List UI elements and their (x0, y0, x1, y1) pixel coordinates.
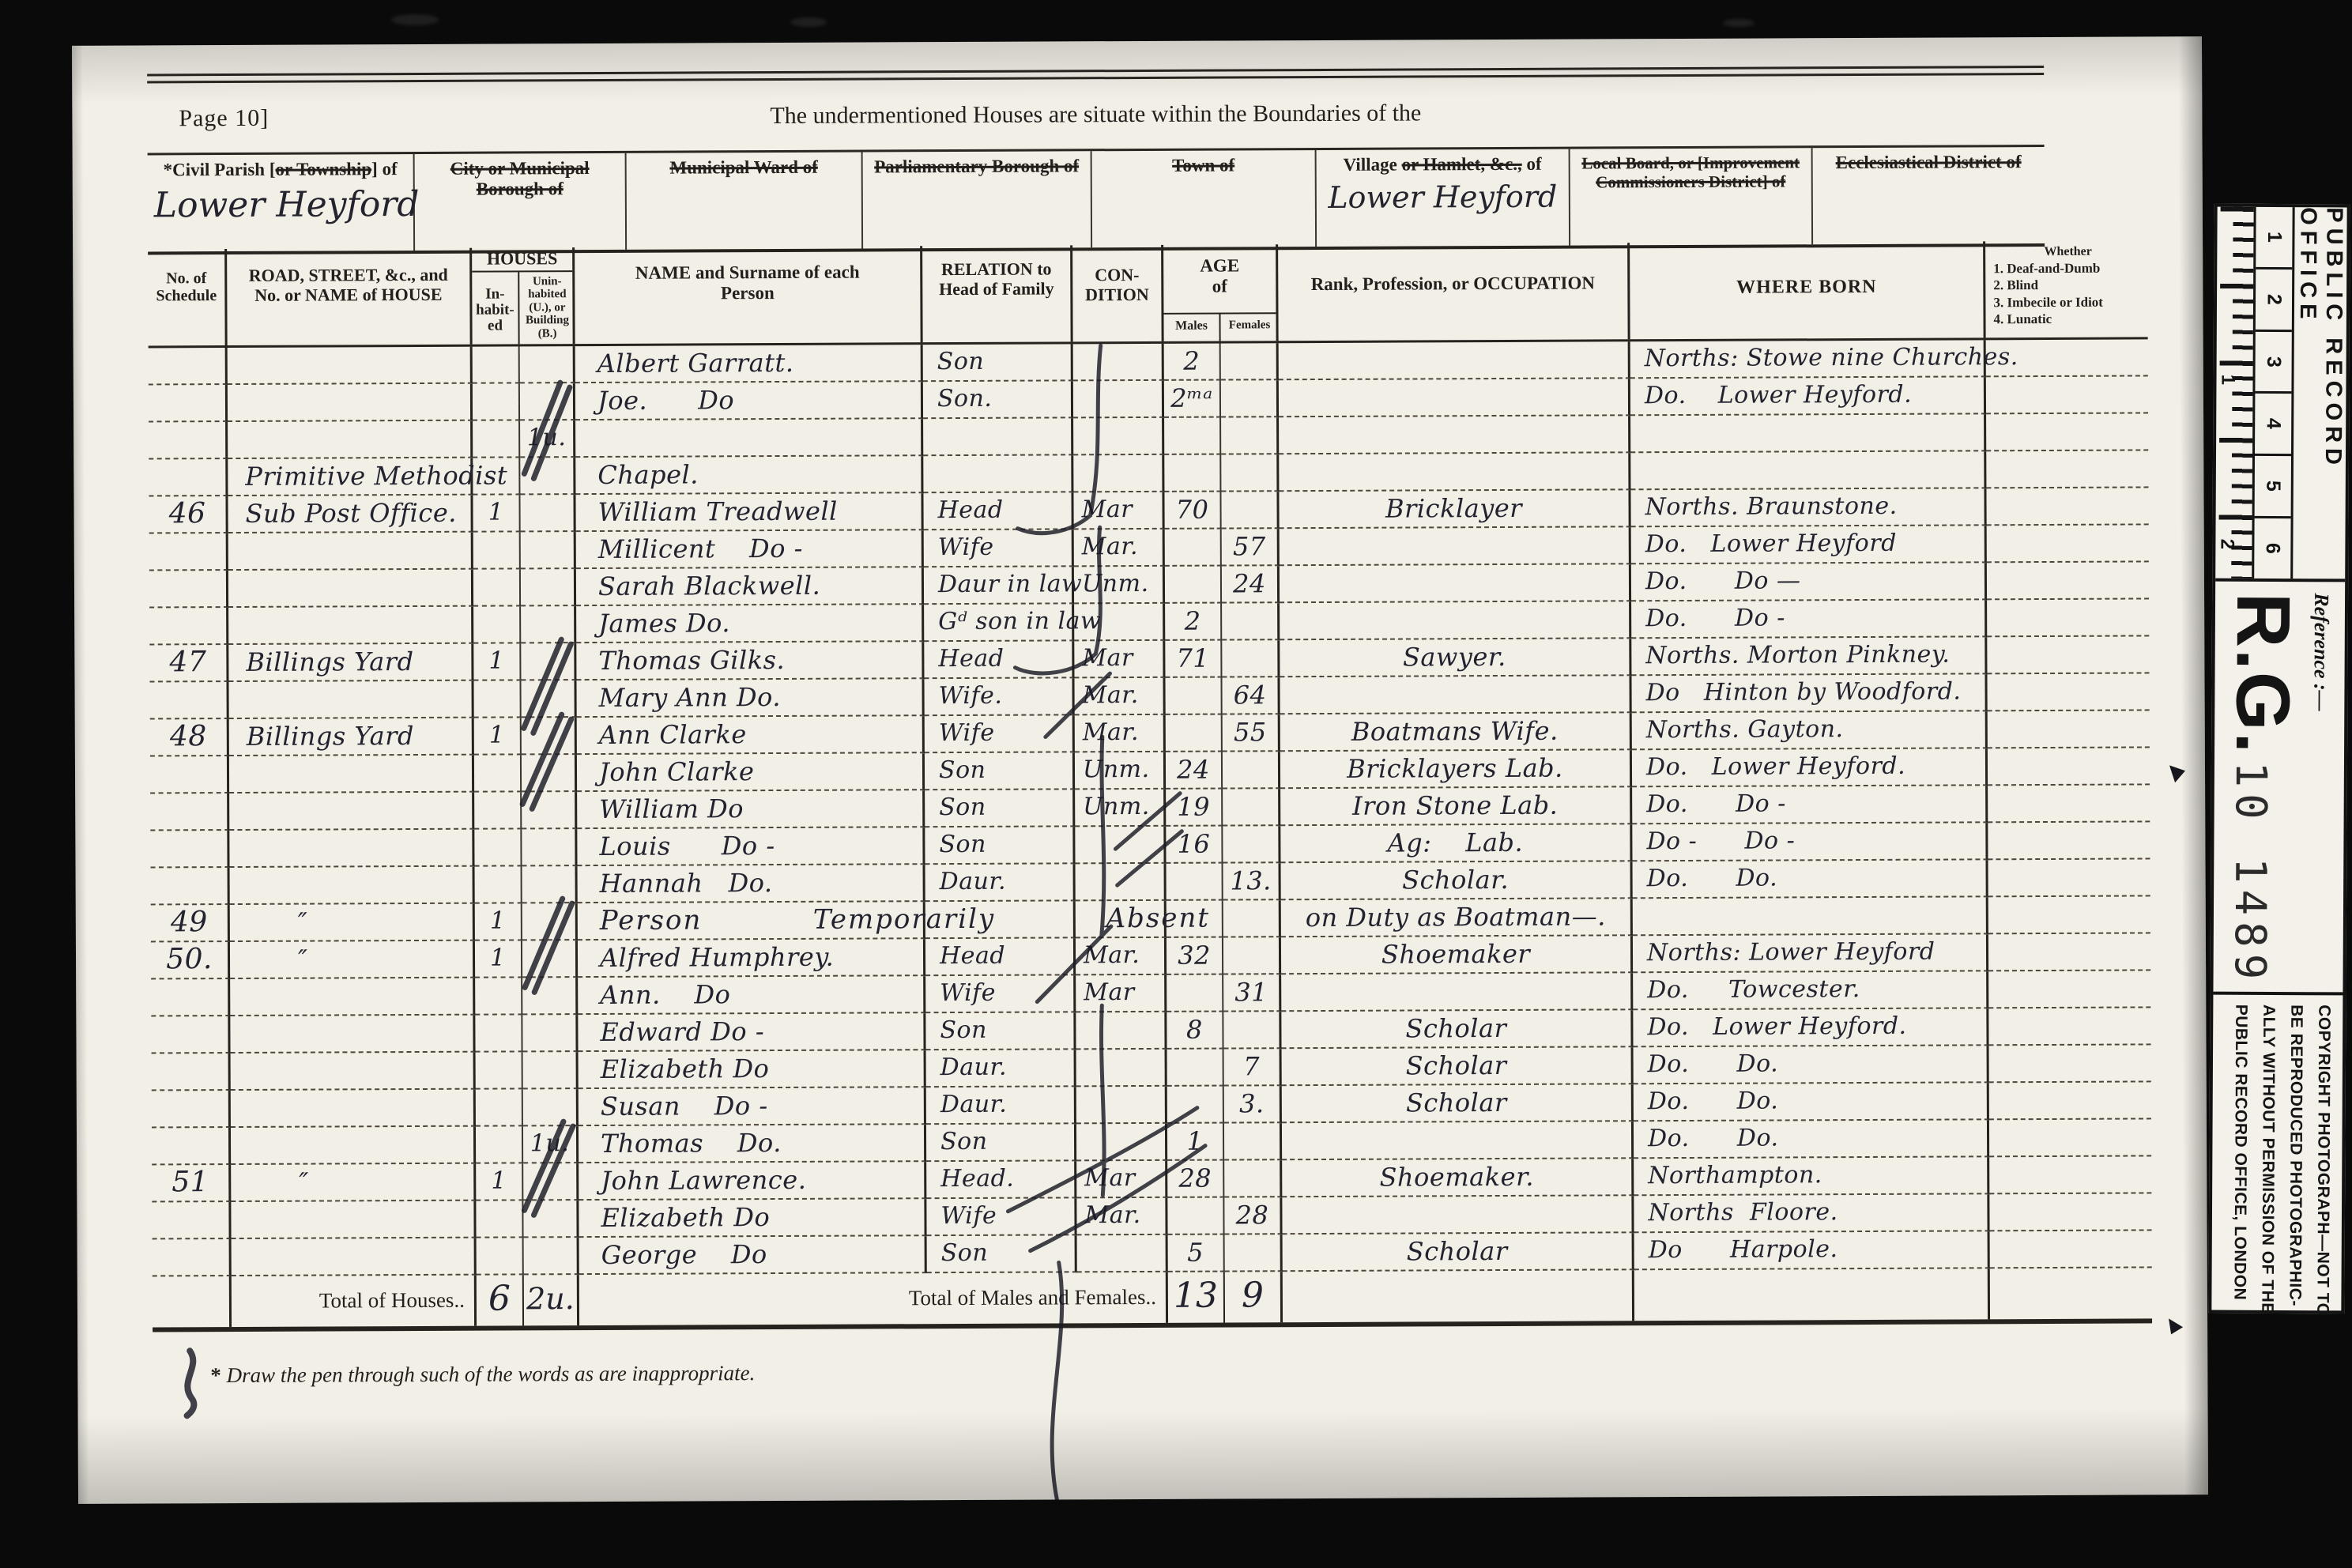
cell-disabilities (1988, 859, 2150, 897)
cell-schedule (150, 793, 229, 831)
cell-occupation (1281, 973, 1633, 1012)
col-header-where-born: WHERE BORN (1630, 241, 1986, 339)
cell-age-male (1165, 530, 1222, 567)
cell-schedule (149, 385, 228, 422)
cell-occupation (1282, 1196, 1634, 1234)
cell-road (229, 830, 474, 868)
cell-age-female (1221, 343, 1279, 380)
col-header-age: AGEof Males Females (1163, 244, 1279, 341)
cell-occupation: Boatmans Wife. (1280, 713, 1632, 752)
cell-inhabited (474, 792, 522, 829)
cell-road (230, 978, 475, 1016)
cell-road (231, 1201, 476, 1239)
cell-occupation (1279, 379, 1630, 417)
ruler-number: 1 (2216, 375, 2238, 386)
cell-born: Do Harpole. (1634, 1231, 1990, 1270)
copyright-line: BE REPRODUCED PHOTOGRAPHIC- (2281, 1004, 2310, 1316)
cell-occupation (1279, 416, 1630, 454)
cell-occupation (1280, 527, 1631, 566)
col-header-inhabited: In- habit- ed (472, 272, 519, 345)
cell-born: Do. Do - (1632, 786, 1988, 824)
scan-artifact (391, 14, 439, 25)
cell-road: ″ (230, 941, 475, 979)
cell-relation: Son. (923, 381, 1073, 419)
cell-schedule (152, 1128, 231, 1165)
col-header-males: Males (1163, 315, 1220, 341)
cell-disabilities (1986, 450, 2148, 488)
cell-occupation: Shoemaker (1281, 936, 1633, 974)
label-struck: Local Board, or [Improvement Commissione… (1581, 153, 1800, 191)
cell-uninhabited (523, 1163, 579, 1200)
totals-row: Total of Houses.. 6 2u. Total of Males a… (153, 1268, 2152, 1332)
reference-series: R.G. (2220, 593, 2305, 756)
col-header-road: ROAD, STREET, &c., and No. or NAME of HO… (227, 248, 473, 345)
cell-name: Joe. Do (575, 382, 923, 420)
label-struck: Parliamentary Borough of (874, 156, 1079, 176)
cell-age-male (1165, 678, 1222, 715)
cell-occupation: on Duty as Boatman—. (1281, 899, 1633, 937)
cell-condition: Mar. (1074, 678, 1165, 716)
cell-schedule (150, 831, 229, 868)
ruler: 1 2 (2215, 207, 2256, 579)
cell-age-male: 2 (1164, 344, 1221, 381)
cell-condition: Mar. (1075, 715, 1166, 753)
label-struck: Town of (1172, 155, 1234, 175)
stamp-copyright-section: COPYRIGHT PHOTOGRAPH—NOT TO BE REPRODUCE… (2211, 992, 2343, 1317)
cell-road (228, 421, 473, 459)
cell-schedule (149, 533, 228, 571)
cell-inhabited (473, 606, 521, 643)
cell-condition (1074, 604, 1165, 642)
label-struck: Ecclesiastical District of (1836, 152, 2022, 172)
cell-age-male: 32 (1167, 938, 1223, 975)
cell-schedule (151, 868, 230, 905)
cell-relation: Head. (926, 1161, 1076, 1199)
totals-blank (1283, 1270, 1634, 1322)
col-header-name: NAME and Surname of each Person (575, 246, 923, 344)
cell-relation: Wife (925, 715, 1075, 753)
cell-disabilities (1987, 599, 2149, 637)
cell-road (228, 607, 473, 645)
cell-inhabited: 1 (475, 903, 522, 940)
cell-born (1630, 414, 1986, 453)
cell-inhabited (476, 1126, 523, 1163)
cell-occupation (1280, 601, 1631, 640)
cell-age-female (1223, 789, 1280, 826)
label-struck: City or Municipal Borough of (450, 158, 590, 199)
cell-uninhabited (520, 346, 575, 383)
cell-uninhabited (521, 606, 576, 643)
cell-age-male (1165, 567, 1222, 604)
cell-age-female: 55 (1223, 714, 1280, 752)
cell-road (231, 1090, 476, 1128)
cell-born: Do. Do. (1634, 1083, 1989, 1121)
cell-name: Elizabeth Do (579, 1050, 926, 1089)
cell-age-female: 3. (1224, 1086, 1282, 1123)
label-post: of (1522, 154, 1542, 174)
cell-age-female: 64 (1222, 677, 1280, 714)
cell-occupation: Scholar (1283, 1233, 1634, 1272)
cell-name: William Do (577, 790, 925, 829)
cell-uninhabited (524, 1238, 579, 1275)
label-struck: or Township (275, 159, 371, 179)
cell-condition (1076, 1087, 1167, 1125)
cell-age-female (1221, 380, 1279, 417)
census-form-page: Page 10] The undermentioned Houses are s… (72, 36, 2208, 1504)
cell-name: John Lawrence. (579, 1162, 926, 1200)
cell-disabilities (1987, 673, 2149, 711)
cell-inhabited (476, 1089, 523, 1126)
cell-disabilities (1989, 1119, 2151, 1157)
cell-occupation: Scholar (1281, 1010, 1633, 1049)
cell-inhabited (473, 420, 520, 458)
cell-occupation: Iron Stone Lab. (1280, 787, 1632, 826)
cell-inhabited: 1 (475, 940, 522, 978)
cell-uninhabited (523, 1052, 579, 1089)
cell-occupation (1279, 341, 1630, 380)
cell-inhabited (473, 569, 521, 606)
cell-uninhabited (523, 1089, 579, 1126)
cell-uninhabited: 1u. (523, 1126, 579, 1163)
cell-name: Louis Do - (577, 827, 925, 866)
cell-occupation: Ag: Lab. (1280, 824, 1632, 863)
cell-relation: Son (925, 1012, 1076, 1050)
cell-road (231, 1053, 476, 1091)
disabilities-title: Whether (1993, 243, 2143, 260)
cell-age-female (1222, 603, 1280, 640)
totals-blank (1990, 1268, 2152, 1319)
footnote-asterisk: * (210, 1363, 221, 1387)
cell-name: Albert Garratt. (575, 345, 923, 383)
cell-inhabited (476, 1052, 523, 1089)
cell-disabilities (1988, 971, 2150, 1008)
cell-condition (1073, 344, 1164, 382)
cell-name: Chapel. (575, 456, 923, 495)
cell-schedule (149, 608, 228, 645)
table-body: Albert Garratt. Son 2 Norths: Stowe nine… (149, 339, 2152, 1276)
cell-road: Billings Yard (229, 718, 474, 756)
cell-inhabited (477, 1238, 524, 1275)
cell-occupation: Shoemaker. (1282, 1159, 1634, 1197)
cell-born: Do. Do - (1631, 600, 1987, 639)
cell-age-female: 7 (1224, 1049, 1282, 1086)
civil-parish-value: Lower Heyford (154, 184, 407, 225)
cell-schedule (149, 459, 228, 496)
cell-age-male (1164, 418, 1221, 455)
cell-disabilities (1989, 1193, 2151, 1231)
cell-relation: Wife (925, 975, 1076, 1013)
cell-occupation: Sawyer. (1280, 639, 1631, 677)
cell-born: Norths: Stowe nine Churches. (1630, 340, 1986, 379)
footnote-text: Draw the pen through such of the words a… (221, 1361, 756, 1387)
cell-condition (1076, 864, 1167, 902)
cell-age-female (1223, 752, 1280, 789)
total-houses-inhabited: 6 (477, 1275, 524, 1325)
cell-name: Mary Ann Do. (576, 679, 924, 718)
cell-condition: Mar (1073, 492, 1164, 530)
cell-relation: Daur in law (924, 567, 1074, 605)
disability-item: 1. Deaf-and-Dumb (1993, 259, 2143, 277)
cell-schedule: 51 (152, 1165, 231, 1202)
box-number: 5 (2255, 456, 2291, 518)
cell-born: Do. Lower Heyford (1631, 526, 1987, 564)
cell-condition: Mar (1076, 1161, 1167, 1199)
cell-disabilities (1989, 1045, 2151, 1083)
label-pre: *Civil Parish [ (164, 160, 276, 180)
field-village: Village or Hamlet, &c., of Lower Heyford (1317, 149, 1571, 247)
cell-disabilities (1988, 748, 2150, 786)
cell-relation: Son (923, 344, 1073, 382)
cell-age-male (1164, 455, 1221, 492)
cell-schedule (152, 1053, 231, 1091)
cell-born: Norths. Morton Pinkney. (1631, 637, 1987, 676)
cell-uninhabited (522, 755, 577, 792)
cell-condition: Mar (1076, 975, 1167, 1013)
cell-uninhabited (521, 643, 576, 680)
cell-age-male (1167, 864, 1223, 901)
total-houses-label: Total of Houses.. (232, 1276, 477, 1327)
cell-inhabited (475, 866, 522, 903)
cell-schedule: 49 (151, 905, 230, 942)
cell-relation: Wife. (924, 678, 1074, 716)
cell-born: Do. Do. (1633, 860, 1988, 899)
field-municipal-borough: City or Municipal Borough of (415, 153, 628, 251)
box-number: 3 (2255, 331, 2291, 394)
cell-condition (1076, 1124, 1167, 1162)
cell-age-female (1221, 492, 1279, 529)
cell-occupation: Scholar (1282, 1084, 1634, 1123)
cell-disabilities (1986, 488, 2148, 526)
cell-born: Do. Do. (1634, 1046, 1989, 1084)
cell-schedule (153, 1239, 232, 1276)
scanned-census-page: Page 10] The undermentioned Houses are s… (0, 0, 2352, 1568)
cell-uninhabited (522, 940, 578, 978)
cell-condition: Unm. (1075, 790, 1166, 827)
cell-name: Thomas Gilks. (576, 642, 924, 680)
cell-age-male: 19 (1166, 790, 1223, 827)
copyright-line: COPYRIGHT PHOTOGRAPH—NOT TO (2309, 1004, 2338, 1316)
cell-schedule (150, 682, 229, 719)
cell-relation: Head (923, 492, 1073, 530)
village-value: Lower Heyford (1323, 179, 1562, 215)
cell-age-male (1167, 975, 1223, 1012)
cell-inhabited: 1 (474, 718, 522, 755)
cell-road (229, 793, 474, 831)
disability-item: 4. Lunatic (1993, 310, 2143, 327)
cell-disabilities (1988, 933, 2150, 971)
cell-age-male: 28 (1167, 1161, 1224, 1198)
column-headers: No. of Schedule ROAD, STREET, &c., and N… (148, 240, 2148, 348)
cell-age-female (1223, 900, 1281, 937)
cell-born: Do Hinton by Woodford. (1631, 674, 1987, 713)
cell-name: William Treadwell (575, 493, 923, 532)
cell-born: Do. Towcester. (1633, 971, 1988, 1010)
cell-uninhabited (521, 569, 576, 606)
cell-disabilities (1989, 1082, 2151, 1120)
cell-schedule (149, 422, 228, 459)
scan-artifact (1723, 19, 1755, 27)
cell-condition (1076, 1050, 1167, 1087)
district-header-band: *Civil Parish [or Township] of Lower Hey… (148, 145, 2045, 254)
cell-uninhabited: 1u. (520, 420, 575, 458)
cell-inhabited: 1 (476, 1163, 523, 1200)
cell-relation: Son (925, 827, 1075, 865)
cell-disabilities (1989, 1156, 2151, 1194)
cell-schedule (149, 571, 228, 608)
cell-born: Do. Do — (1631, 563, 1987, 601)
cell-condition: Mar. (1074, 530, 1165, 567)
age-title-of: of (1163, 276, 1276, 296)
cell-born (1633, 897, 1988, 936)
box-number: 2 (2256, 269, 2292, 332)
cell-born: Norths: Lower Heyford (1633, 934, 1988, 973)
cell-born: Northampton. (1634, 1157, 1989, 1196)
col-header-houses: HOUSES In- habit- ed Unin- habited (U.),… (472, 247, 575, 345)
col-header-relation: RELATION to Head of Family (922, 245, 1073, 342)
cell-born: Norths. Braunstone. (1630, 488, 1986, 527)
cell-disabilities (1990, 1231, 2152, 1268)
cell-condition (1076, 1012, 1167, 1050)
cell-inhabited (473, 458, 520, 495)
cell-road (228, 570, 473, 608)
cell-relation: Wife (926, 1198, 1076, 1236)
cell-age-male: 8 (1167, 1012, 1223, 1050)
cell-name (575, 419, 923, 458)
cell-uninhabited (520, 458, 575, 495)
cell-uninhabited (520, 495, 575, 532)
col-header-disabilities: Whether 1. Deaf-and-Dumb 2. Blind 3. Imb… (1985, 240, 2148, 337)
stamp-office-title: PUBLIC RECORD OFFICE (2293, 207, 2346, 579)
cell-name: Susan Do - (579, 1087, 926, 1126)
cell-inhabited (476, 1200, 523, 1238)
cell-born: Do - Do - (1632, 823, 1988, 861)
cell-name: Sarah Blackwell. (576, 567, 924, 606)
cell-condition: Mar. (1076, 938, 1167, 976)
cell-age-male: 24 (1166, 752, 1223, 790)
col-header-occupation: Rank, Profession, or OCCUPATION (1278, 243, 1630, 341)
cell-age-female: 31 (1223, 974, 1281, 1012)
cell-schedule: 48 (150, 719, 229, 756)
cell-uninhabited (522, 866, 578, 903)
cell-name: Alfred Humphrey. (578, 939, 925, 978)
label-post: ] of (371, 159, 398, 179)
cell-schedule: 50. (151, 942, 230, 979)
cell-inhabited (473, 532, 521, 569)
cell-condition (1073, 381, 1164, 419)
cell-schedule (152, 1202, 231, 1239)
cell-relation: Son (927, 1235, 1077, 1273)
cell-inhabited (473, 346, 520, 383)
cell-name: Edward Do - (578, 1013, 925, 1052)
cell-occupation (1279, 453, 1630, 492)
cell-relation: Son (925, 752, 1075, 790)
reference-value: R.G. 10 1489 (2200, 592, 2301, 992)
cell-occupation (1282, 1121, 1634, 1160)
ruler-number: 2 (2215, 539, 2237, 550)
totals-blank (153, 1276, 232, 1327)
cell-age-male: 2ᵐᵃ (1164, 381, 1221, 418)
cell-disabilities (1988, 1008, 2150, 1046)
cell-condition: Mar. (1076, 1198, 1167, 1236)
cell-occupation: Bricklayers Lab. (1280, 750, 1632, 789)
footnote: * Draw the pen through such of the words… (210, 1361, 755, 1388)
cell-uninhabited (521, 532, 576, 569)
cell-inhabited (474, 755, 522, 792)
cell-road (229, 756, 474, 793)
cell-road: Billings Yard (228, 644, 473, 682)
field-town: Town of (1092, 150, 1317, 247)
field-civil-parish: *Civil Parish [or Township] of Lower Hey… (148, 154, 416, 251)
cell-uninhabited (522, 792, 577, 829)
cell-name: Millicent Do - (576, 530, 924, 569)
cell-uninhabited (522, 829, 577, 866)
cell-condition (1075, 827, 1166, 865)
cell-road (228, 347, 473, 385)
cell-age-male (1167, 1050, 1224, 1087)
cell-name: Ann. Do (578, 976, 925, 1015)
cell-uninhabited (522, 978, 578, 1015)
cell-road (231, 1127, 476, 1165)
cell-relation (923, 455, 1073, 493)
cell-disabilities (1986, 339, 2148, 377)
cell-name: Elizabeth Do (579, 1199, 926, 1238)
cell-inhabited (473, 680, 521, 718)
cell-road: ″ (231, 1164, 476, 1202)
cell-age-female: 57 (1222, 529, 1280, 566)
cell-inhabited: 1 (473, 495, 520, 532)
cell-disabilities (1988, 896, 2150, 934)
cell-schedule (149, 348, 228, 385)
cell-schedule (151, 979, 230, 1016)
cell-relation: Daur. (926, 1087, 1076, 1125)
cell-relation: Daur. (926, 1050, 1076, 1087)
cell-age-female (1223, 826, 1280, 863)
cell-disabilities (1987, 525, 2149, 563)
cell-born: Do. Lower Heyford. (1632, 748, 1988, 787)
cell-disabilities (1986, 376, 2148, 414)
cell-relation: Daur. (925, 864, 1076, 902)
cell-schedule (152, 1091, 231, 1128)
cell-age-female: 13. (1223, 863, 1281, 900)
cell-age-female (1223, 1012, 1281, 1049)
cell-inhabited: 1 (473, 643, 521, 680)
cell-age-female (1222, 640, 1280, 677)
top-rule (147, 66, 2044, 83)
cell-born: Do. Lower Heyford. (1633, 1008, 1988, 1047)
cell-relation: Son (926, 1124, 1076, 1162)
enumeration-table: No. of Schedule ROAD, STREET, &c., and N… (148, 240, 2152, 1332)
cell-born: Norths. Gayton. (1632, 711, 1988, 750)
cell-age-male: 16 (1166, 827, 1223, 864)
cell-road: Sub Post Office. (228, 496, 473, 533)
label-struck: or Hamlet, &c., (1401, 154, 1521, 175)
stamp-reference-section: Reference :— R.G. 10 1489 (2213, 579, 2345, 993)
cell-age-male (1166, 715, 1223, 752)
col-header-females: Females (1220, 314, 1278, 341)
cell-age-male: 5 (1168, 1235, 1225, 1272)
cell-age-female: 24 (1222, 566, 1280, 603)
cell-age-male (1167, 1198, 1224, 1235)
cell-schedule (150, 756, 229, 793)
cell-road: ″ (230, 904, 475, 942)
cell-condition: Mar (1074, 641, 1165, 679)
houses-title: HOUSES (472, 247, 572, 272)
cell-uninhabited (521, 680, 576, 718)
cell-condition (1073, 455, 1164, 493)
label-pre: Village (1344, 155, 1402, 175)
total-females: 9 (1225, 1272, 1283, 1322)
cell-name: George Do (579, 1236, 927, 1275)
